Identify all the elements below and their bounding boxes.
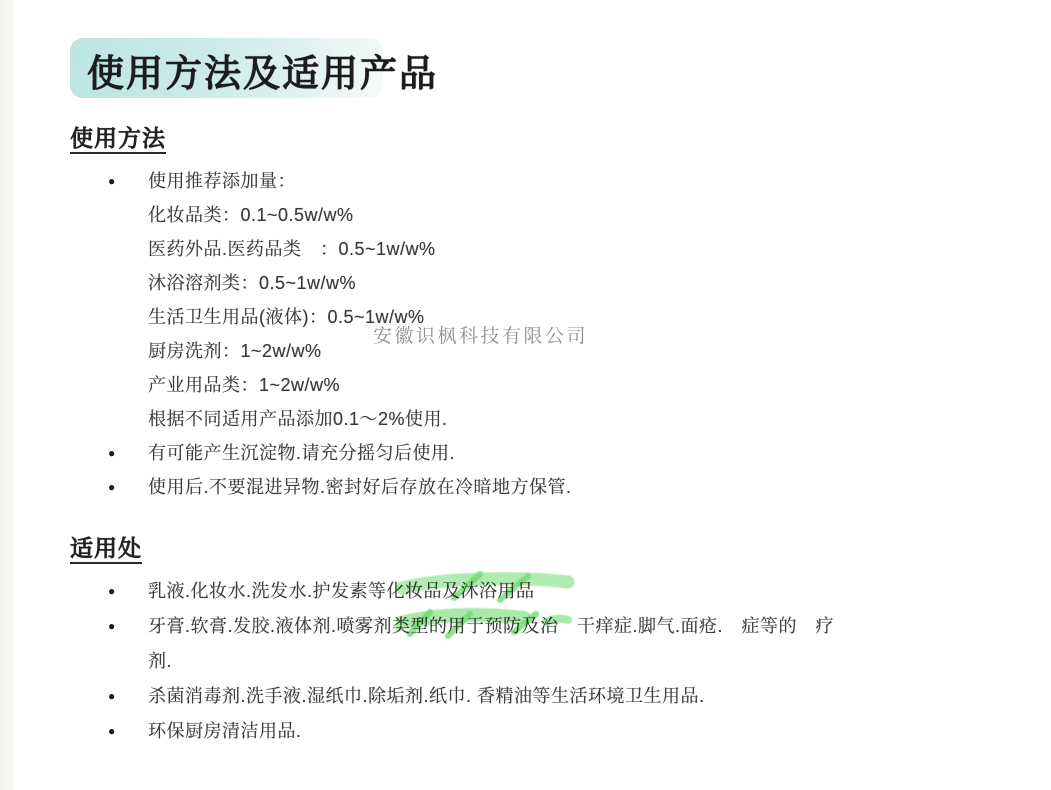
list-item-lines: 有可能产生沉淀物.请充分摇匀后使用. <box>148 436 1000 470</box>
apply-line: 乳液.化妆水.洗发水.护发素等化妆品及沐浴用品 <box>148 574 1000 609</box>
section-applicable-places: 适用处 ● 乳液.化妆水.洗发水.护发素等化妆品及沐浴用品 ● 牙膏.软膏.发胶… <box>70 534 1000 749</box>
usage-line: 有可能产生沉淀物.请充分摇匀后使用. <box>148 436 1000 470</box>
apply-heading-text: 适用处 <box>70 535 142 564</box>
apply-line: 牙膏.软膏.发胶.液体剂.喷雾剂类型的用于预防及治 干痒症.脚气.面疮. 症等的… <box>148 609 1000 644</box>
usage-line: 沐浴溶剂类：0.5~1w/w% <box>148 266 1000 300</box>
list-item-lines: 使用后.不要混进异物.密封好后存放在冷暗地方保管. <box>148 470 1000 504</box>
list-item-lines: 环保厨房清洁用品. <box>148 714 1000 749</box>
list-item: ● 环保厨房清洁用品. <box>70 714 1000 749</box>
page-title: 使用方法及适用产品 <box>87 43 438 97</box>
list-item-lines: 乳液.化妆水.洗发水.护发素等化妆品及沐浴用品 <box>148 574 1000 609</box>
list-item: ● 使用后.不要混进异物.密封好后存放在冷暗地方保管. <box>70 470 1000 504</box>
bullet-icon: ● <box>108 164 148 198</box>
section-usage-method: 使用方法 ● 使用推荐添加量： 化妆品类：0.1~0.5w/w% 医药外品.医药… <box>70 124 1000 504</box>
usage-line: 化妆品类：0.1~0.5w/w% <box>148 198 1000 232</box>
usage-heading: 使用方法 <box>70 124 1000 152</box>
bullet-icon: ● <box>108 436 148 470</box>
list-item: ● 乳液.化妆水.洗发水.护发素等化妆品及沐浴用品 <box>70 574 1000 609</box>
bullet-icon: ● <box>108 470 148 504</box>
apply-heading: 适用处 <box>70 534 1000 562</box>
bullet-icon: ● <box>108 609 148 644</box>
apply-line: 剂. <box>148 644 1000 679</box>
apply-line: 杀菌消毒剂.洗手液.湿纸巾.除垢剂.纸巾. 香精油等生活环境卫生用品. <box>148 679 1000 714</box>
usage-line: 使用推荐添加量： <box>148 164 1000 198</box>
document-page: 使用方法及适用产品 使用方法 ● 使用推荐添加量： 化妆品类：0.1~0.5w/… <box>0 0 1051 790</box>
bullet-icon: ● <box>108 714 148 749</box>
scan-edge-artifact <box>0 0 14 790</box>
bullet-icon: ● <box>108 574 148 609</box>
list-item-lines: 使用推荐添加量： 化妆品类：0.1~0.5w/w% 医药外品.医药品类 ：0.5… <box>148 164 1000 436</box>
list-item: ● 牙膏.软膏.发胶.液体剂.喷雾剂类型的用于预防及治 干痒症.脚气.面疮. 症… <box>70 609 1000 679</box>
usage-line: 医药外品.医药品类 ：0.5~1w/w% <box>148 232 1000 266</box>
apply-line: 环保厨房清洁用品. <box>148 714 1000 749</box>
usage-line: 根据不同适用产品添加0.1～2%使用. <box>148 402 1000 436</box>
list-item-lines: 牙膏.软膏.发胶.液体剂.喷雾剂类型的用于预防及治 干痒症.脚气.面疮. 症等的… <box>148 609 1000 679</box>
list-item: ● 杀菌消毒剂.洗手液.湿纸巾.除垢剂.纸巾. 香精油等生活环境卫生用品. <box>70 679 1000 714</box>
company-watermark: 安徽识枫科技有限公司 <box>373 321 588 348</box>
bullet-icon: ● <box>108 679 148 714</box>
list-item: ● 使用推荐添加量： 化妆品类：0.1~0.5w/w% 医药外品.医药品类 ：0… <box>70 164 1000 436</box>
list-item-lines: 杀菌消毒剂.洗手液.湿纸巾.除垢剂.纸巾. 香精油等生活环境卫生用品. <box>148 679 1000 714</box>
list-item: ● 有可能产生沉淀物.请充分摇匀后使用. <box>70 436 1000 470</box>
usage-line: 产业用品类：1~2w/w% <box>148 368 1000 402</box>
usage-heading-text: 使用方法 <box>70 125 166 154</box>
usage-line: 使用后.不要混进异物.密封好后存放在冷暗地方保管. <box>148 470 1000 504</box>
